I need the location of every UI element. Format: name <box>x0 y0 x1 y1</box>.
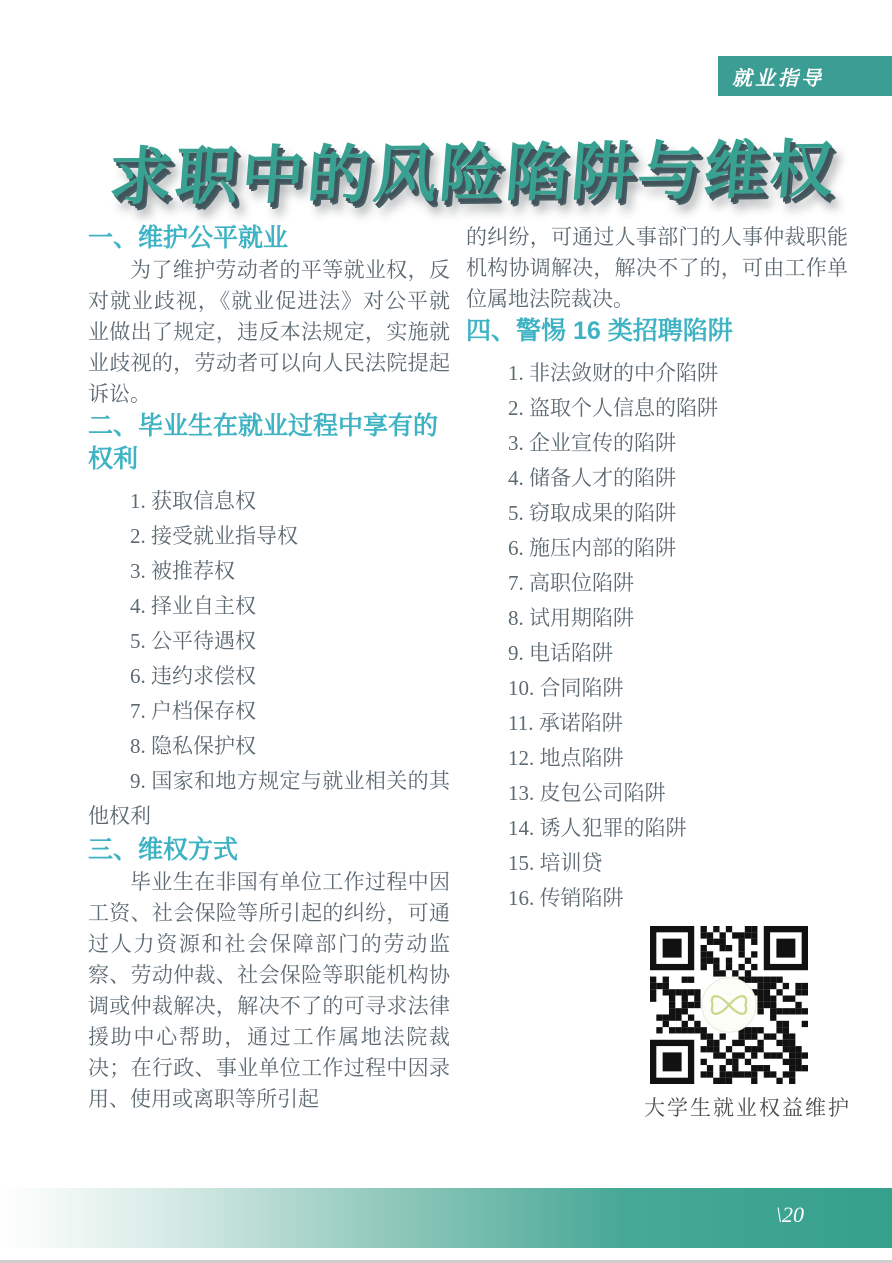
footer-bar: \20 <box>0 1188 892 1248</box>
list-item: 13. 皮包公司陷阱 <box>466 776 848 811</box>
list-item: 2. 接受就业指导权 <box>88 519 450 554</box>
section-heading-4: 四、警惕 16 类招聘陷阱 <box>466 315 848 348</box>
list-item: 1. 非法敛财的中介陷阱 <box>466 356 848 391</box>
section-3-paragraph-left: 毕业生在非国有单位工作过程中因工资、社会保险等所引起的纠纷，可通过人力资源和社会… <box>88 867 450 1115</box>
list-item: 7. 户档保存权 <box>88 694 450 729</box>
section-heading-2: 二、毕业生在就业过程中享有的权利 <box>88 410 450 476</box>
list-item: 15. 培训贷 <box>466 846 848 881</box>
qr-code <box>650 926 808 1084</box>
two-column-layout: 一、维护公平就业 为了维护劳动者的平等就业权，反对就业歧视，《就业促进法》对公平… <box>88 222 848 1122</box>
list-item: 10. 合同陷阱 <box>466 671 848 706</box>
qr-block: 大学生就业权益维护 <box>644 926 814 1122</box>
corner-tag-label: 就业指导 <box>732 62 824 91</box>
list-item: 7. 高职位陷阱 <box>466 566 848 601</box>
list-item: 9. 国家和地方规定与就业相关的其他权利 <box>88 764 450 834</box>
list-item: 6. 违约求偿权 <box>88 659 450 694</box>
list-item: 3. 企业宣传的陷阱 <box>466 426 848 461</box>
section-heading-3: 三、维权方式 <box>88 834 450 867</box>
list-item: 2. 盗取个人信息的陷阱 <box>466 391 848 426</box>
list-item: 9. 电话陷阱 <box>466 636 848 671</box>
list-item: 5. 公平待遇权 <box>88 624 450 659</box>
list-item: 4. 储备人才的陷阱 <box>466 461 848 496</box>
list-item: 1. 获取信息权 <box>88 484 450 519</box>
list-item: 4. 择业自主权 <box>88 589 450 624</box>
page-title: 求职中的风险陷阱与维权 <box>84 112 863 224</box>
list-item: 5. 窃取成果的陷阱 <box>466 496 848 531</box>
section-heading-1: 一、维护公平就业 <box>88 222 450 255</box>
qr-caption: 大学生就业权益维护 <box>644 1092 814 1122</box>
list-item: 12. 地点陷阱 <box>466 741 848 776</box>
document-page: 就业指导 求职中的风险陷阱与维权 一、维护公平就业 为了维护劳动者的平等就业权，… <box>0 0 892 1263</box>
list-item: 11. 承诺陷阱 <box>466 706 848 741</box>
list-item: 16. 传销陷阱 <box>466 881 848 916</box>
traps-list: 1. 非法敛财的中介陷阱2. 盗取个人信息的陷阱3. 企业宣传的陷阱4. 储备人… <box>466 356 848 916</box>
left-column: 一、维护公平就业 为了维护劳动者的平等就业权，反对就业歧视，《就业促进法》对公平… <box>88 222 450 1122</box>
rights-list: 1. 获取信息权2. 接受就业指导权3. 被推荐权4. 择业自主权5. 公平待遇… <box>88 484 450 834</box>
section-3-paragraph-continued: 的纠纷，可通过人事部门的人事仲裁职能机构协调解决，解决不了的，可由工作单位属地法… <box>466 222 848 315</box>
page-number: \20 <box>776 1202 804 1228</box>
list-item: 6. 施压内部的陷阱 <box>466 531 848 566</box>
list-item: 14. 诱人犯罪的陷阱 <box>466 811 848 846</box>
right-column: 的纠纷，可通过人事部门的人事仲裁职能机构协调解决，解决不了的，可由工作单位属地法… <box>466 222 848 1122</box>
list-item: 8. 隐私保护权 <box>88 729 450 764</box>
section-1-paragraph: 为了维护劳动者的平等就业权，反对就业歧视，《就业促进法》对公平就业做出了规定，违… <box>88 255 450 410</box>
list-item: 8. 试用期陷阱 <box>466 601 848 636</box>
corner-tag: 就业指导 <box>718 56 892 96</box>
list-item: 3. 被推荐权 <box>88 554 450 589</box>
